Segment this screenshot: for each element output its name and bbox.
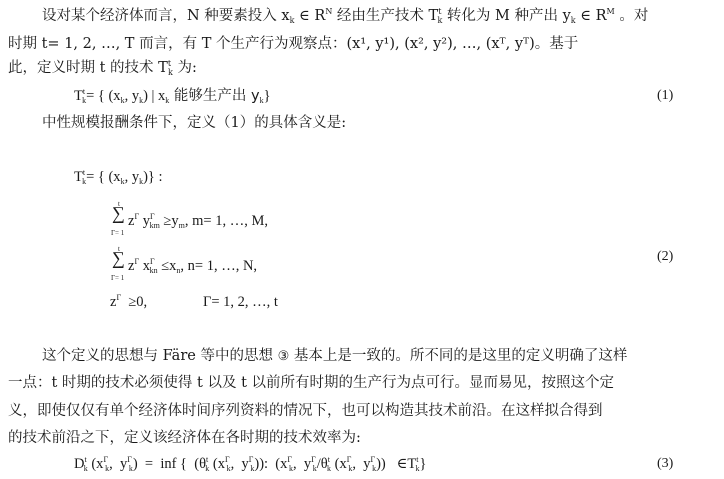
equation-2-row3-range: Γ= 1, 2, …, t (203, 292, 278, 312)
equation-2-row2: zΓ xΓkn ≤xn, n= 1, …, N, (128, 256, 257, 278)
equation-1: Ttk= { (xk, yk) | xk 能够生产出 yk} (74, 86, 271, 108)
text: ≥0, (128, 294, 147, 310)
subscript: km (150, 221, 160, 230)
text: ≥y (163, 213, 178, 229)
text: 基本上是一致的。所不同的是这里的定义明确了这样 (294, 348, 628, 364)
paragraph1-line2: 时期 t= 1, 2, …, T 而言，有 T 个生产行为观察点：(x¹, y¹… (8, 34, 578, 54)
subscript: k (437, 16, 442, 25)
text: 这个定义的思想与 Färe 等中的思想 (42, 348, 273, 364)
superscript: t (438, 7, 441, 16)
text: 能够生产出 y (169, 88, 259, 104)
text: , n= 1, …, N, (180, 258, 257, 274)
text: = { (x (86, 169, 120, 185)
subscript: n (176, 266, 180, 275)
subscript: k (290, 16, 295, 25)
text: )} : (143, 169, 162, 185)
equation-1-number: (1) (657, 88, 673, 104)
paragraph2-line3: 义，即使仅仅有单个经济体时间序列资料的情况下，也可以构造其技术前沿。在这样拟合得… (8, 401, 603, 421)
superscript: N (325, 7, 332, 16)
text: 时期 t= 1, 2, …, T 而言，有 T 个生产行为观察点： (8, 36, 346, 52)
paragraph2-line4: 的技术前沿之下，定义该经济体在各时期的技术效率为: (8, 428, 361, 448)
sum-upper-1: t (118, 200, 120, 208)
text: } (264, 88, 271, 104)
sum-lower-1: Γ= 1 (111, 229, 124, 237)
paragraph2-line2: 一点：t 时期的技术必须使得 t 以及 t 以前所有时期的生产行为点可行。显而易… (8, 373, 614, 393)
text: , y (125, 169, 140, 185)
equation-2-row1: zΓ yΓkm ≥ym, m= 1, …, M, (128, 211, 268, 233)
text: ∈ R (576, 8, 607, 24)
equation-3-number: (3) (657, 456, 673, 472)
subscript: kn (150, 266, 158, 275)
text: 转化为 M 种产出 y (442, 8, 570, 24)
text: ≤x (161, 258, 176, 274)
text: , y (125, 88, 140, 104)
equation-2-number: (2) (657, 249, 673, 265)
equation-2-set: Ttk= { (xk, yk)} : (74, 167, 163, 189)
equation-2-row3: zΓ ≥0, (110, 292, 147, 314)
text: 。对 (615, 8, 649, 24)
subscript: k (571, 16, 576, 25)
text: 经由生产技术 T (332, 8, 438, 24)
text: = { (x (86, 88, 120, 104)
paragraph1-line1: 设对某个经济体而言，N 种要素投入 xk ∈ RN 经由生产技术 Ttk 转化为… (42, 6, 648, 28)
symbol: x (143, 258, 150, 274)
paragraph1-line3: 此，定义时期 t 的技术 Ttk 为: (8, 58, 197, 80)
text: , m= 1, …, M, (185, 213, 268, 229)
text: 此，定义时期 t 的技术 T (8, 60, 168, 76)
sum-lower-2: Γ= 1 (111, 274, 124, 282)
text: 设对某个经济体而言，N 种要素投入 x (42, 8, 290, 24)
text: ∈ R (294, 8, 325, 24)
paragraph2-line1: 这个定义的思想与 Färe 等中的思想 ③ 基本上是一致的。所不同的是这里的定义… (42, 346, 627, 367)
symbol: y (143, 213, 150, 229)
text: 为: (173, 60, 197, 76)
sum-upper-2: t (118, 245, 120, 253)
text: ) | x (143, 88, 165, 104)
observation-points: (x¹, y¹), (x², y²), …, (xᵀ, yᵀ)。基于 (346, 36, 578, 52)
subscript: m (179, 221, 185, 230)
footnote-reference[interactable]: ③ (278, 349, 290, 364)
equation-3: Dtk (xΓk, yΓk) = inf { (θtk (xΓk, yΓk)):… (74, 454, 426, 476)
superscript: M (607, 7, 615, 16)
intro-equation-2: 中性规模报酬条件下，定义（1）的具体含义是: (42, 113, 346, 133)
